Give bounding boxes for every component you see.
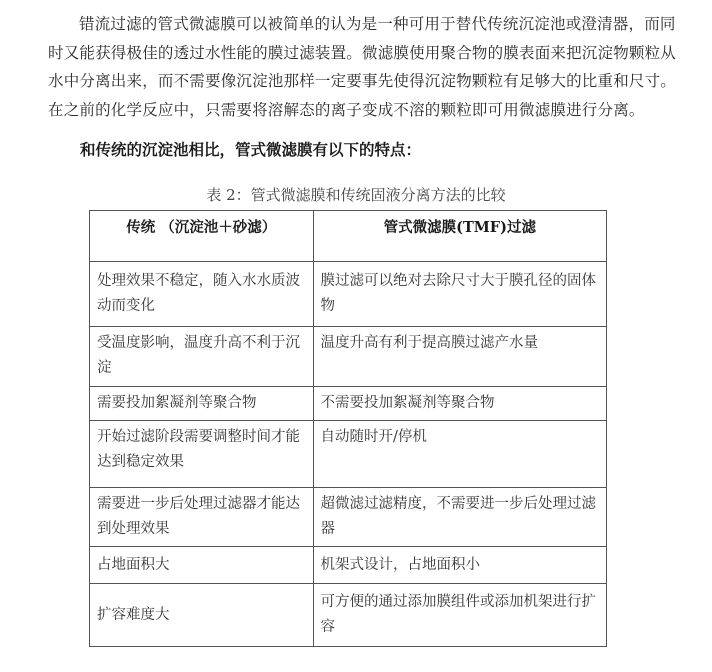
cell-tmf: 可方便的通过添加膜组件或添加机架进行扩容 — [313, 584, 606, 647]
intro-paragraph-block: 错流过滤的管式微滤膜可以被简单的认为是一种可用于替代传统沉淀池或澄清器，而同时又… — [48, 10, 680, 124]
header-traditional: 传统 （沉淀池＋砂滤） — [90, 211, 314, 262]
cell-tmf: 超微滤过滤精度，不需要进一步后处理过滤器 — [313, 488, 606, 547]
intro-paragraph: 错流过滤的管式微滤膜可以被简单的认为是一种可用于替代传统沉淀池或澄清器，而同时又… — [48, 10, 680, 124]
cell-traditional: 占地面积大 — [90, 547, 314, 584]
section-heading: 和传统的沉淀池相比，管式微滤膜有以下的特点： — [80, 138, 421, 160]
table-row: 扩容难度大 可方便的通过添加膜组件或添加机架进行扩容 — [90, 584, 607, 647]
cell-traditional: 需要进一步后处理过滤器才能达到处理效果 — [90, 488, 314, 547]
cell-tmf: 不需要投加絮凝剂等聚合物 — [313, 387, 606, 421]
table-header-row: 传统 （沉淀池＋砂滤） 管式微滤膜(TMF)过滤 — [90, 211, 607, 262]
table-row: 需要进一步后处理过滤器才能达到处理效果 超微滤过滤精度，不需要进一步后处理过滤器 — [90, 488, 607, 547]
header-tmf: 管式微滤膜(TMF)过滤 — [313, 211, 606, 262]
table-row: 需要投加絮凝剂等聚合物 不需要投加絮凝剂等聚合物 — [90, 387, 607, 421]
cell-tmf: 温度升高有利于提高膜过滤产水量 — [313, 327, 606, 387]
cell-traditional: 受温度影响，温度升高不利于沉淀 — [90, 327, 314, 387]
table-row: 处理效果不稳定，随入水水质波动而变化 膜过滤可以绝对去除尺寸大于膜孔径的固体物 — [90, 262, 607, 327]
table-row: 开始过滤阶段需要调整时间才能达到稳定效果 自动随时开/停机 — [90, 421, 607, 488]
comparison-table: 传统 （沉淀池＋砂滤） 管式微滤膜(TMF)过滤 处理效果不稳定，随入水水质波动… — [89, 210, 607, 647]
cell-tmf: 自动随时开/停机 — [313, 421, 606, 488]
cell-traditional: 处理效果不稳定，随入水水质波动而变化 — [90, 262, 314, 327]
cell-traditional: 扩容难度大 — [90, 584, 314, 647]
table-row: 受温度影响，温度升高不利于沉淀 温度升高有利于提高膜过滤产水量 — [90, 327, 607, 387]
table-caption: 表 2：管式微滤膜和传统固液分离方法的比较 — [0, 184, 712, 205]
cell-traditional: 需要投加絮凝剂等聚合物 — [90, 387, 314, 421]
table-row: 占地面积大 机架式设计，占地面积小 — [90, 547, 607, 584]
cell-tmf: 机架式设计，占地面积小 — [313, 547, 606, 584]
cell-tmf: 膜过滤可以绝对去除尺寸大于膜孔径的固体物 — [313, 262, 606, 327]
cell-traditional: 开始过滤阶段需要调整时间才能达到稳定效果 — [90, 421, 314, 488]
